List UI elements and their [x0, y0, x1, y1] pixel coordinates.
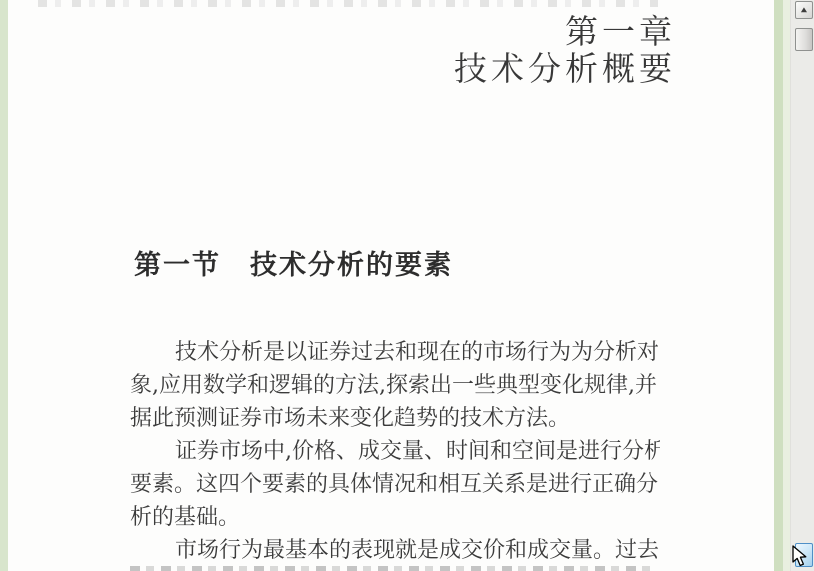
- up-arrow-icon: ▲: [801, 7, 807, 13]
- vertical-scrollbar[interactable]: ▲: [790, 0, 814, 571]
- section-heading: 第一节 技术分析的要素: [134, 243, 453, 282]
- document-viewer: 第一章 技术分析概要 第一节 技术分析的要素 技术分析是以证券过去和现在的市场行…: [0, 0, 814, 571]
- text-line: 证券市场中,价格、成交量、时间和空间是进行分析的: [130, 437, 660, 470]
- text-line: 市场行为最基本的表现就是成交价和成交量。过去: [130, 536, 660, 569]
- chapter-heading: 第一章 技术分析概要: [454, 13, 676, 87]
- text-line: 据此预测证券市场未来变化趋势的技术方法。: [130, 404, 660, 437]
- right-margin-strip-inner: [783, 0, 790, 571]
- previous-page-line-remnant: [38, 0, 658, 7]
- scrollbar-thumb[interactable]: [795, 28, 813, 51]
- text-line: 技术分析是以证券过去和现在的市场行为为分析对: [130, 338, 660, 371]
- chapter-number: 第一章: [454, 13, 676, 50]
- chapter-title: 技术分析概要: [454, 50, 676, 87]
- body-text: 技术分析是以证券过去和现在的市场行为为分析对 象,应用数学和逻辑的方法,探索出一…: [130, 338, 660, 569]
- right-margin-strip: [774, 0, 783, 571]
- next-line-remnant: [130, 566, 652, 571]
- text-line: 析的基础。: [130, 503, 660, 536]
- scroll-down-button-hovered[interactable]: [795, 543, 813, 567]
- scroll-up-button[interactable]: ▲: [795, 1, 813, 19]
- book-page: 第一章 技术分析概要 第一节 技术分析的要素 技术分析是以证券过去和现在的市场行…: [8, 0, 774, 571]
- text-line: 要素。这四个要素的具体情况和相互关系是进行正确分: [130, 470, 660, 503]
- left-margin-strip: [0, 0, 8, 571]
- text-line: 象,应用数学和逻辑的方法,探索出一些典型变化规律,并: [130, 371, 660, 404]
